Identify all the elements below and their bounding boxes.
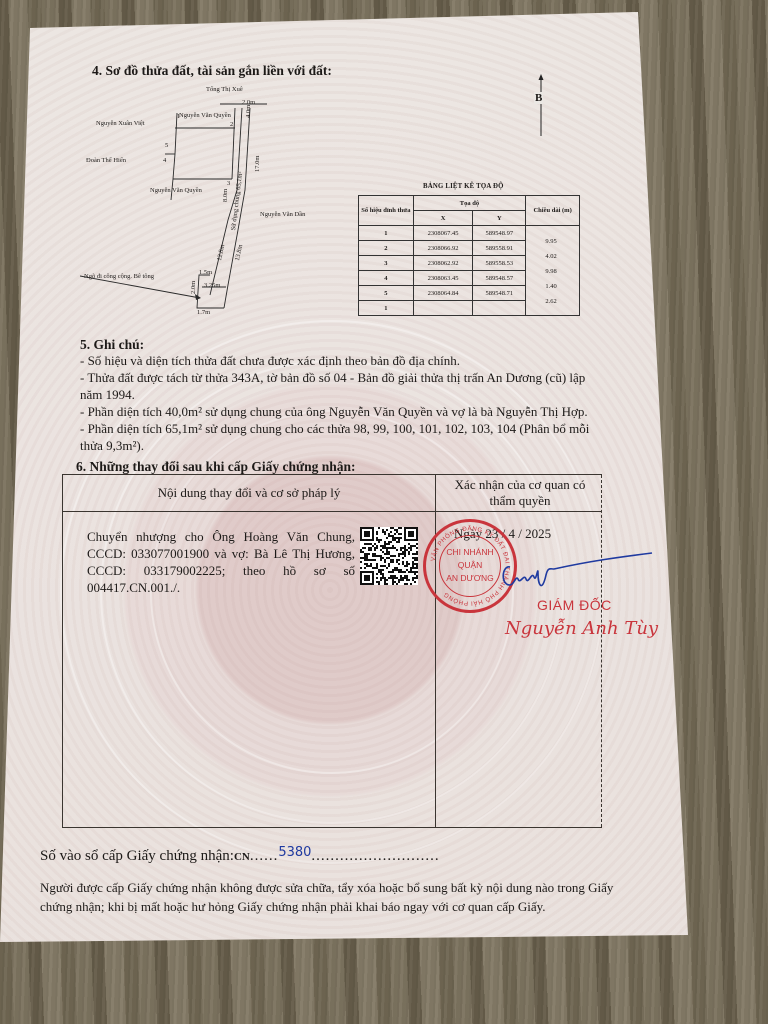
registry-number: 5380 [278, 845, 311, 860]
footer-warning: Người được cấp Giấy chứng nhận không đượ… [40, 878, 640, 916]
coord-cell-y: 589558.53 [473, 256, 526, 271]
neighbor-top: Tống Thị Xuê [206, 86, 243, 93]
coord-cell-point: 4 [359, 271, 414, 286]
neighbor-left-bottom: Đoàn Thế Hiển [86, 157, 126, 164]
north-arrow-icon [536, 74, 546, 136]
signature-icon [480, 545, 660, 595]
signer-role: GIÁM ĐỐC [537, 597, 612, 613]
coord-cell-x: 2308067.45 [413, 226, 473, 241]
dim-right-long: 17.0m [254, 156, 261, 172]
vertex-3: 3 [227, 180, 230, 187]
coord-cell-x: 2308062.92 [413, 256, 473, 271]
registry-line: Số vào sổ cấp Giấy chứng nhận:CN......53… [40, 848, 440, 865]
section-5-title: 5. Ghi chú: [80, 337, 144, 353]
coord-cell-x [413, 301, 473, 316]
dim-bottom-b: 3.25m [204, 282, 220, 289]
note-item: - Phần diện tích 40,0m² sử dụng chung củ… [80, 403, 600, 420]
vertex-5: 5 [165, 142, 168, 149]
col-point: Số hiệu đỉnh thửa [359, 196, 414, 226]
coord-cell-x: 2308063.45 [413, 271, 473, 286]
length-value: 9.98 [540, 264, 562, 279]
dim-right-short: 4.0m [245, 105, 252, 118]
coord-cell-y: 589548.57 [473, 271, 526, 286]
coord-table-title: BẢNG LIỆT KÊ TỌA ĐỘ [423, 183, 504, 190]
col-content-header: Nội dung thay đổi và cơ sở pháp lý [63, 485, 435, 501]
coord-cell-point: 2 [359, 241, 414, 256]
coord-cell-y: 589548.97 [473, 226, 526, 241]
coord-cell-y [473, 301, 526, 316]
vertex-2: 2 [230, 121, 233, 128]
note-item: - Số hiệu và diện tích thửa đất chưa đượ… [80, 352, 600, 369]
road-label: Ngõ đi công cộng. Bê tông [84, 273, 154, 280]
section-6-title: 6. Những thay đổi sau khi cấp Giấy chứng… [76, 459, 356, 475]
neighbor-left-middle: Nguyễn Văn Quyền [150, 187, 202, 194]
col-y: Y [473, 211, 526, 226]
coord-cell-x: 2308066.92 [413, 241, 473, 256]
dim-bottom-c: 2.0m [190, 281, 197, 294]
dim-bottom-a: 1.5m [199, 269, 212, 276]
dim-left-strip: 8.0m [222, 189, 229, 202]
length-value: 2.62 [540, 294, 562, 309]
col-confirm-header: Xác nhận của cơ quan có thẩm quyền [445, 477, 595, 509]
dim-bottom-d: 1.7m [197, 309, 210, 316]
col-x: X [413, 211, 473, 226]
land-parcel-sketch: Tống Thị Xuê Nguyễn Xuân Việt 1 Nguyễn V… [80, 80, 360, 320]
coord-cell-y: 589548.71 [473, 286, 526, 301]
registry-label: Số vào sổ cấp Giấy chứng nhận: [40, 848, 234, 864]
length-value: 9.95 [540, 234, 562, 249]
registry-prefix: CN [234, 851, 250, 863]
neighbor-left-top: Nguyễn Xuân Việt [96, 120, 145, 127]
col-coords: Tọa độ [413, 196, 526, 211]
note-item: - Thửa đất được tách từ thửa 343A, tờ bả… [80, 369, 600, 403]
notes-list: - Số hiệu và diện tích thửa đất chưa đượ… [80, 352, 600, 454]
coord-cell-point: 3 [359, 256, 414, 271]
length-value: 4.02 [540, 249, 562, 264]
qr-code[interactable] [360, 527, 418, 585]
coord-cell-point: 1 [359, 226, 414, 241]
coord-cell-y: 589558.91 [473, 241, 526, 256]
neighbor-top-inner: Nguyễn Văn Quyền [179, 112, 231, 119]
neighbor-right: Nguyễn Văn Dần [260, 211, 305, 218]
length-values: 9.954.029.981.402.62 [540, 234, 562, 309]
signer-name: Nguyễn Anh Tùy [505, 618, 658, 639]
north-label: B [534, 92, 543, 104]
section-4-title: 4. Sơ đồ thửa đất, tài sản gắn liền với … [92, 63, 332, 79]
vertex-4: 4 [163, 157, 166, 164]
coord-cell-x: 2308064.84 [413, 286, 473, 301]
coord-cell-point: 5 [359, 286, 414, 301]
land-certificate-page: 4. Sơ đồ thửa đất, tài sản gắn liền với … [0, 0, 768, 1024]
coord-cell-point: 1 [359, 301, 414, 316]
col-length: Chiều dài (m) [526, 196, 580, 226]
change-content: Chuyển nhượng cho Ông Hoàng Văn Chung, C… [87, 528, 355, 596]
changes-table: Nội dung thay đổi và cơ sở pháp lý Xác n… [62, 474, 602, 828]
length-value: 1.40 [540, 279, 562, 294]
note-item: - Phần diện tích 65,1m² sử dụng chung ch… [80, 420, 600, 454]
